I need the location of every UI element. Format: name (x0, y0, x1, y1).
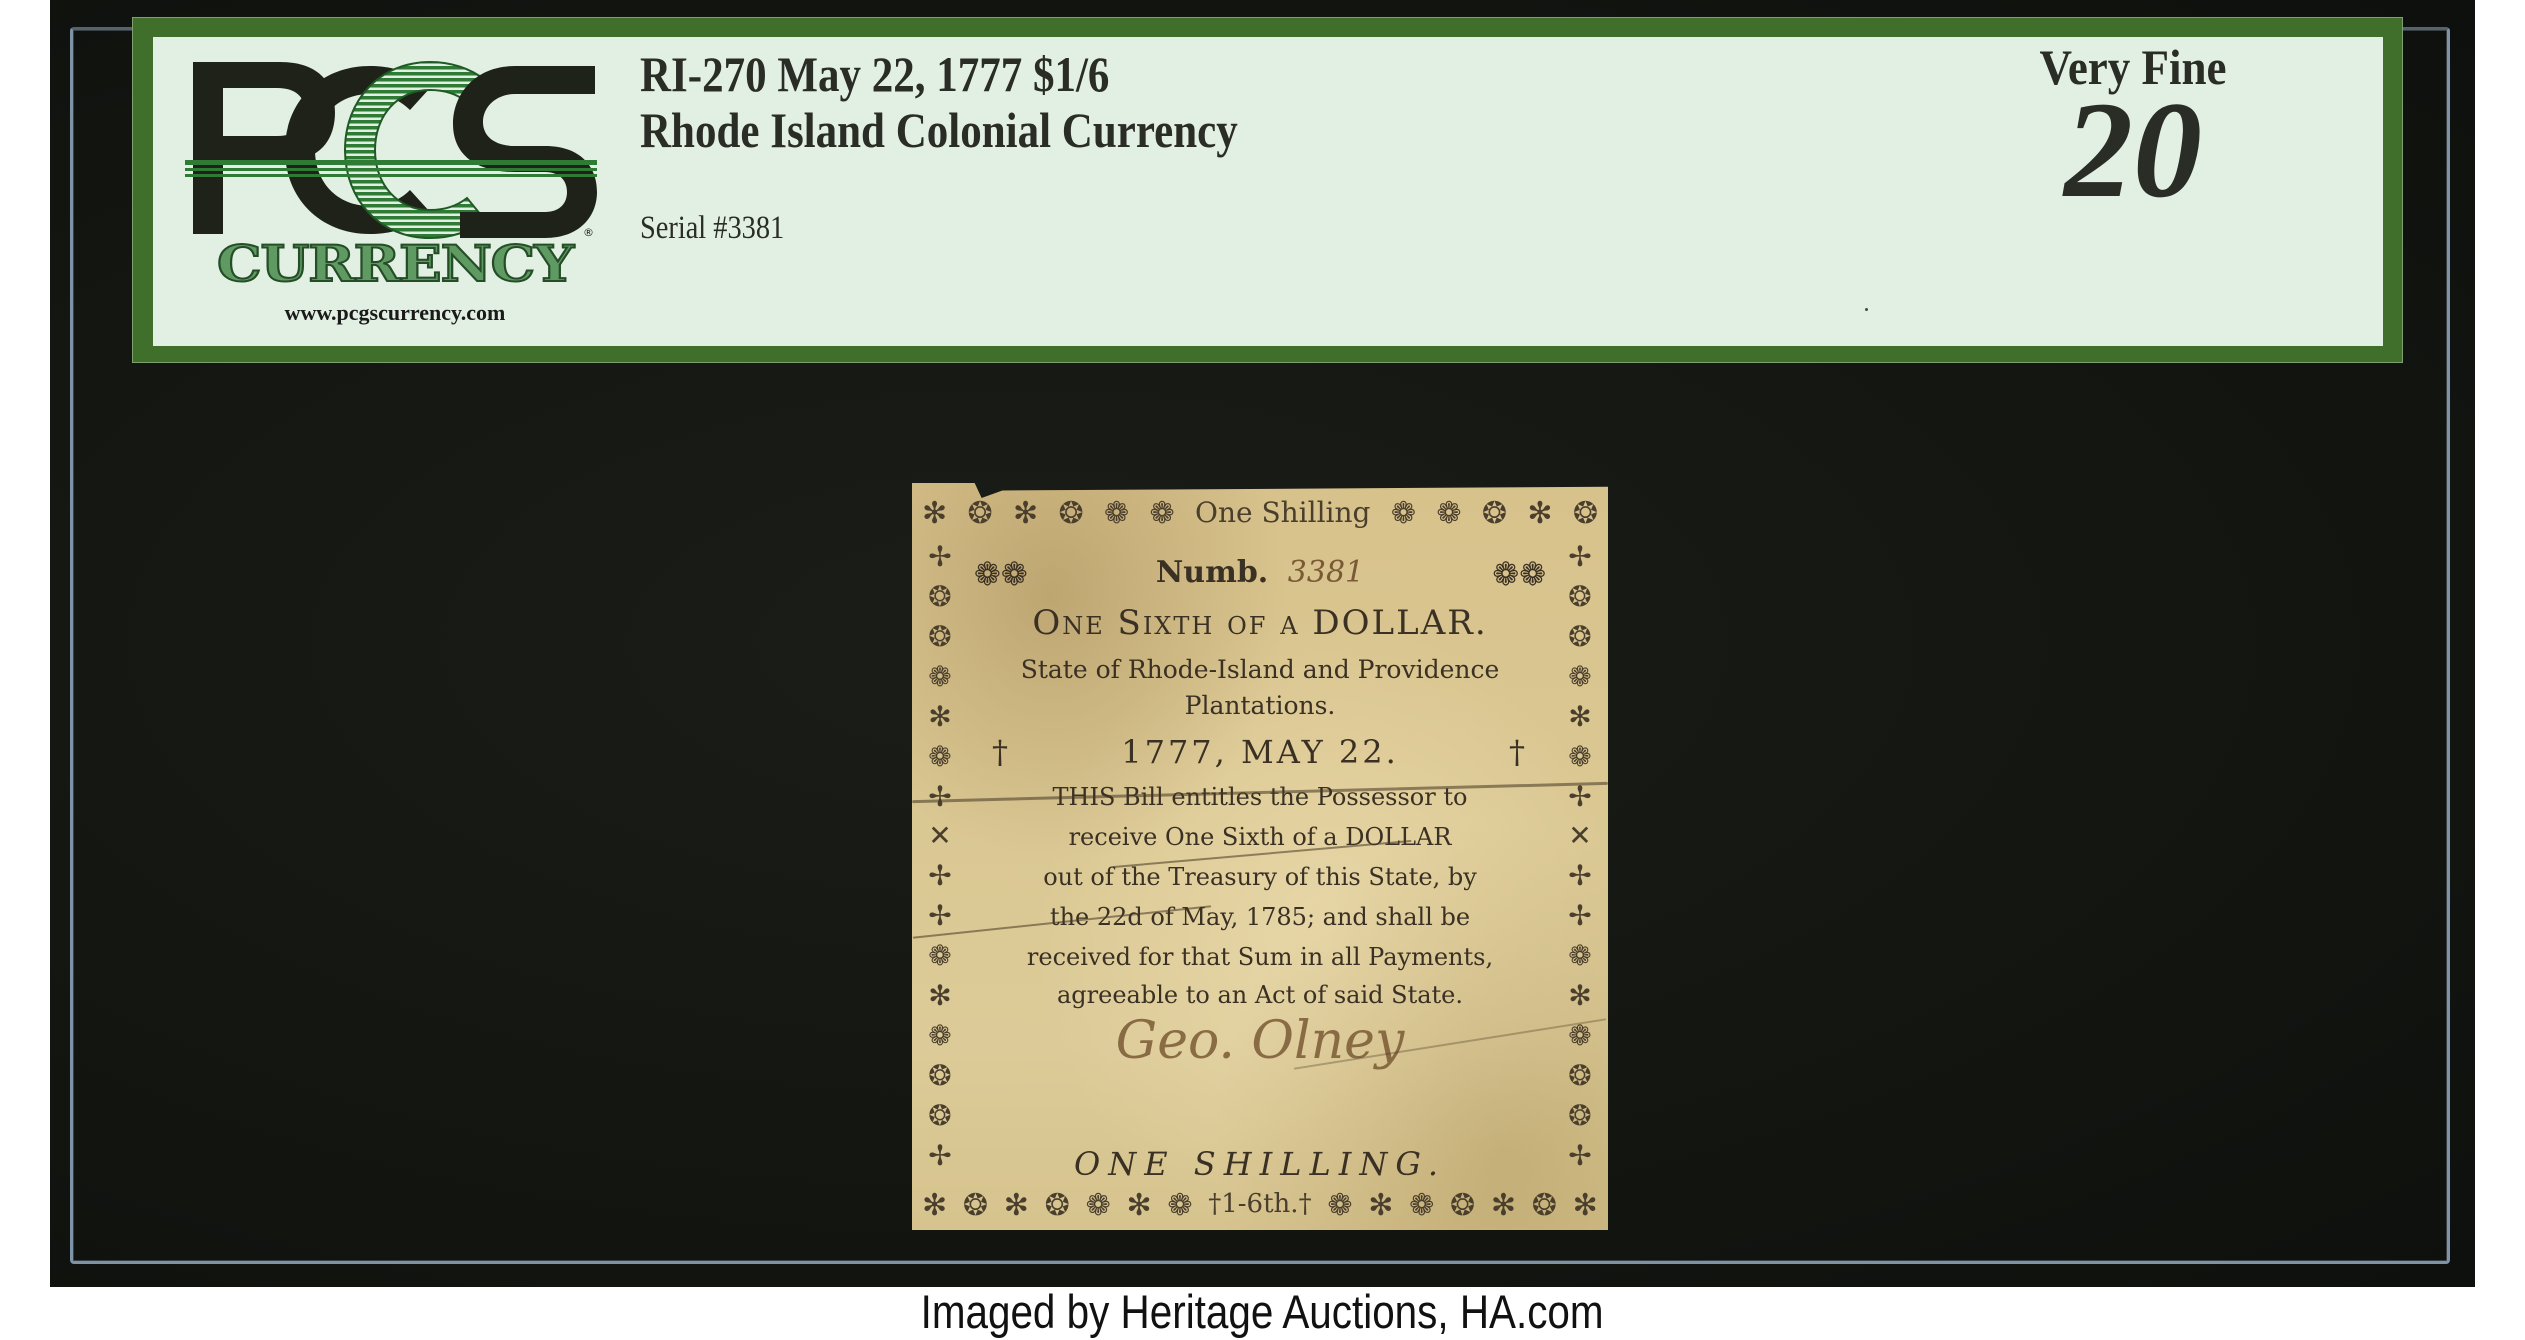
signature: Geo. Olney (912, 1011, 1608, 1071)
ornament-icon: ❁ (1436, 499, 1461, 529)
ornament-icon: ❁ (1104, 499, 1129, 529)
note-plantations: Plantations. (912, 691, 1608, 720)
cross-icon: † (992, 733, 1011, 771)
ornament-icon: ❁ (1391, 499, 1416, 529)
currency-wordmark: CURRENCY (160, 239, 630, 289)
cross-icon: † (1509, 733, 1528, 771)
ornament-icon: ❂ (1573, 499, 1598, 529)
note-bottom-denomination: ONE SHILLING. (912, 1145, 1608, 1183)
note-state-line: State of Rhode-Island and Providence (912, 655, 1608, 684)
rosette-icon: ❁❁ (1492, 555, 1546, 593)
grade-number: 20 (2003, 81, 2263, 219)
label-panel: ® CURRENCY www.pcgscurrency.com RI-270 M… (153, 37, 2383, 346)
bottom-border-text: 1-6th. (1221, 1189, 1298, 1219)
note-number-line: ❁❁ Numb. 3381 ❁❁ (912, 555, 1608, 590)
svg-text:®: ® (583, 226, 594, 239)
ornament-icon: ❂ (968, 499, 993, 529)
ornament-icon: ✻ (1013, 499, 1038, 529)
top-ornament-border: ✻ ❂ ✻ ❂ ❁ ❁ One Shilling ❁ ❁ ❂ ✻ ❂ (922, 499, 1598, 529)
grading-label: ® CURRENCY www.pcgscurrency.com RI-270 M… (133, 18, 2402, 362)
bottom-ornament-border: ✻❂✻❂❁✻❁ †1-6th.† ❁✻❁❂✻❂✻ (922, 1191, 1598, 1221)
note-body-line-3: out of the Treasury of this State, by (912, 863, 1608, 891)
note-body-line-5: received for that Sum in all Payments, (912, 943, 1608, 971)
serial-number: Serial #3381 (640, 210, 784, 247)
note-catalog-title: RI-270 May 22, 1777 $1/6 (640, 45, 1109, 103)
note-date: † 1777, MAY 22. † (912, 733, 1608, 771)
ornament-icon: ❂ (1482, 499, 1507, 529)
banknote: ✻ ❂ ✻ ❂ ❁ ❁ One Shilling ❁ ❁ ❂ ✻ ❂ ✢❂❂❁✻… (912, 483, 1608, 1230)
ornament-icon: ✻ (922, 499, 947, 529)
ornament-icon: ❁ (1150, 499, 1175, 529)
logo-url: www.pcgscurrency.com (185, 300, 605, 326)
ornament-icon: ❂ (1059, 499, 1084, 529)
pcgs-currency-logo: ® CURRENCY www.pcgscurrency.com (185, 54, 605, 314)
top-border-text: One Shilling (1195, 499, 1370, 529)
image-credit-caption: Imaged by Heritage Auctions, HA.com (0, 1288, 2525, 1336)
handwritten-number: 3381 (1288, 555, 1364, 590)
rosette-icon: ❁❁ (974, 555, 1028, 593)
note-series-title: Rhode Island Colonial Currency (640, 101, 1238, 159)
dust-speck (1865, 308, 1868, 311)
note-denomination: One Sixth of a DOLLAR. (912, 603, 1608, 643)
note-body-line-2: receive One Sixth of a DOLLAR (912, 823, 1608, 851)
note-body-line-6: agreeable to an Act of said State. (912, 981, 1608, 1009)
pcgs-logo-icon: ® (185, 54, 605, 239)
ornament-icon: ✻ (1527, 499, 1552, 529)
